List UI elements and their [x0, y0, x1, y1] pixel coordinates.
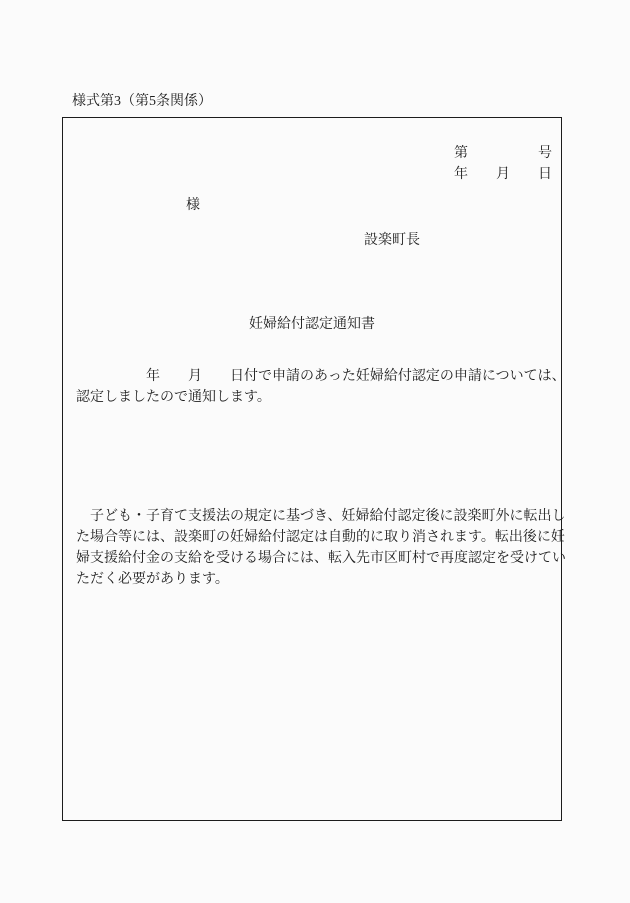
- document-page: 様式第3（第5条関係） 第 号 年 月 日 様 設楽町長 妊婦給付認定通知書 年…: [0, 0, 630, 903]
- doc-number-line: 第 号: [454, 143, 552, 164]
- doc-date-line: 年 月 日: [454, 164, 552, 185]
- form-number-label: 様式第3（第5条関係）: [72, 91, 212, 112]
- body-paragraph: 年 月 日付で申請のあった妊婦給付認定の申請については、 認定しましたので通知し…: [76, 366, 566, 408]
- document-title: 妊婦給付認定通知書: [63, 314, 561, 335]
- issuer-title: 設楽町長: [364, 230, 420, 251]
- recipient-honorific: 様: [186, 195, 200, 216]
- document-border-box: 第 号 年 月 日 様 設楽町長 妊婦給付認定通知書 年 月 日付で申請のあった…: [62, 117, 562, 821]
- note-paragraph: 子ども・子育て支援法の規定に基づき、妊婦給付認定後に設楽町外に転出し た場合等に…: [76, 506, 566, 590]
